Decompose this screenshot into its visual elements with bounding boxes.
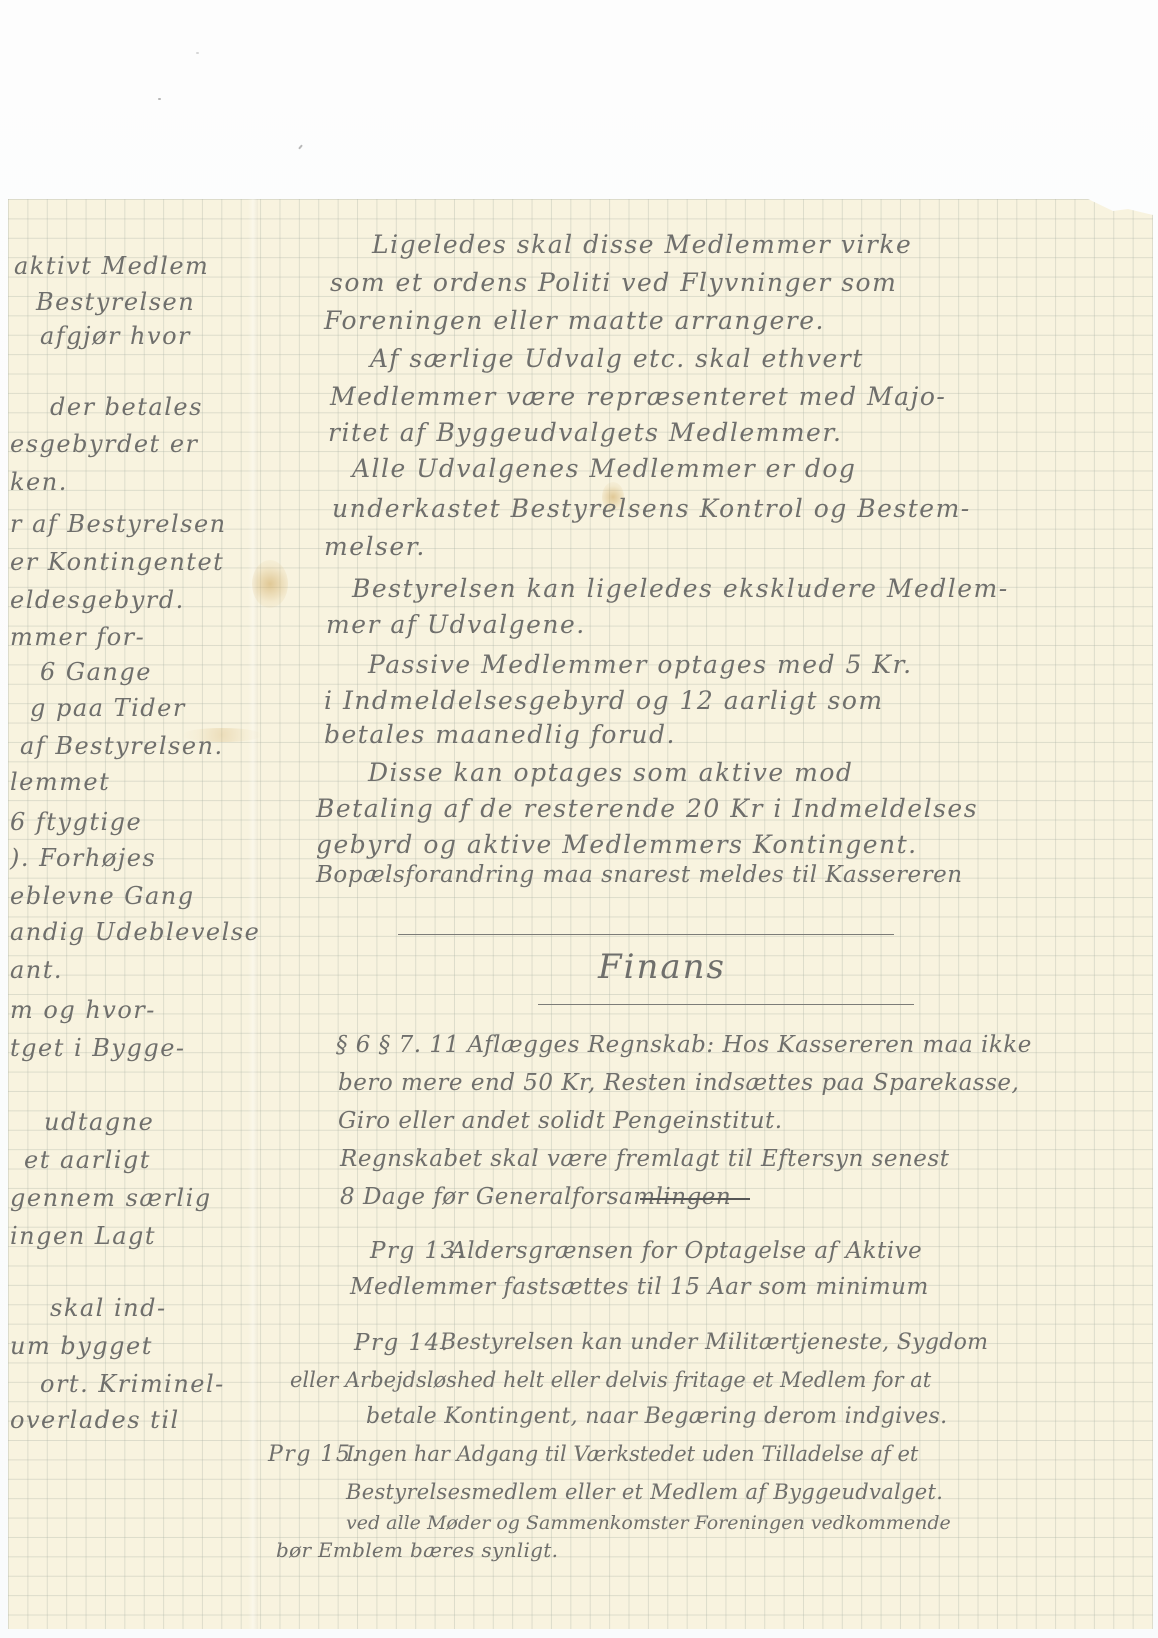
main-line: Betaling af de resterende 20 Kr i Indmel…	[316, 796, 978, 821]
paragraph-14-line: Bestyrelsen kan under Militærtjeneste, S…	[440, 1332, 988, 1354]
left-fragment: ken.	[10, 470, 68, 494]
section-divider	[398, 934, 894, 935]
paragraph-15-line: ved alle Møder og Sammenkomster Forening…	[346, 1514, 951, 1533]
paragraph-14-line: betale Kontingent, naar Begæring derom i…	[366, 1406, 947, 1428]
page-fold-crease	[248, 199, 258, 1629]
main-line: som et ordens Politi ved Flyvninger som	[330, 270, 897, 295]
paragraph-15-line: Bestyrelsesmedlem eller et Medlem af Byg…	[346, 1482, 943, 1503]
left-fragment: udtagne	[44, 1110, 154, 1134]
left-fragment: der betales	[50, 395, 203, 419]
section-title: Finans	[598, 950, 726, 984]
paragraph-13-line: Aldersgrænsen for Optagelse af Aktive	[450, 1240, 922, 1263]
left-fragment: tget i Bygge-	[10, 1036, 186, 1060]
left-fragment: esgebyrdet er	[10, 432, 199, 456]
main-line: Bestyrelsen kan ligeledes ekskludere Med…	[352, 576, 1009, 601]
main-line: Alle Udvalgenes Medlemmer er dog	[352, 456, 856, 481]
left-fragment: ant.	[10, 958, 63, 982]
main-line: gebyrd og aktive Medlemmers Kontingent.	[316, 832, 918, 857]
left-fragment: andig Udeblevelse	[10, 920, 260, 944]
left-fragment: skal ind-	[50, 1296, 167, 1320]
left-fragment: Bestyrelsen	[36, 290, 195, 314]
stain-spot	[252, 560, 288, 608]
left-fragment: ort. Kriminel-	[40, 1372, 225, 1396]
left-fragment: gennem særlig	[10, 1186, 212, 1210]
left-fragment: ). Forhøjes	[10, 846, 156, 870]
main-line: Medlemmer være repræsenteret med Majo-	[330, 384, 946, 409]
left-fragment: um bygget	[10, 1334, 153, 1358]
main-line: betales maanedlig forud.	[324, 722, 676, 747]
left-fragment: g paa Tider	[30, 696, 186, 720]
paragraph-15-line: bør Emblem bæres synligt.	[276, 1540, 558, 1560]
left-fragment: 6 Gange	[40, 660, 152, 684]
left-fragment: aktivt Medlem	[14, 254, 209, 278]
finance-line: Giro eller andet solidt Pengeinstitut.	[338, 1110, 783, 1133]
dust-speck	[196, 52, 199, 54]
main-line: Ligeledes skal disse Medlemmer virke	[372, 232, 912, 257]
main-line: i Indmeldelsesgebyrd og 12 aarligt som	[324, 688, 884, 713]
left-fragment: lemmet	[10, 770, 110, 794]
main-line: underkastet Bestyrelsens Kontrol og Best…	[332, 496, 971, 521]
left-fragment: overlades til	[10, 1408, 180, 1432]
left-fragment: eblevne Gang	[10, 884, 195, 908]
left-fragment: afgjør hvor	[40, 324, 191, 348]
left-fragment: af Bestyrelsen.	[20, 734, 224, 758]
left-fragment: 6 ftygtige	[10, 810, 142, 834]
paragraph-15-line: Ingen har Adgang til Værkstedet uden Til…	[346, 1444, 918, 1465]
finance-line: § 6 § 7. 11 Aflægges Regnskab: Hos Kasse…	[336, 1034, 1032, 1057]
section-divider	[538, 1004, 914, 1005]
paragraph-13-line: Medlemmer fastsættes til 15 Aar som mini…	[350, 1276, 929, 1299]
left-fragment: eldesgebyrd.	[10, 588, 185, 612]
main-line: Disse kan optages som aktive mod	[368, 760, 853, 785]
finance-line: Regnskabet skal være fremlagt til Efters…	[340, 1148, 949, 1171]
left-fragment: er Kontingentet	[10, 550, 224, 574]
paragraph-14-line: eller Arbejdsløshed helt eller delvis fr…	[290, 1370, 931, 1391]
left-fragment: et aarligt	[24, 1148, 151, 1172]
main-line: Bopælsforandring maa snarest meldes til …	[316, 864, 963, 887]
dust-speck	[158, 98, 161, 100]
left-fragment: mmer for-	[10, 625, 145, 649]
finance-line: bero mere end 50 Kr, Resten indsættes pa…	[338, 1072, 1019, 1095]
main-line: Foreningen eller maatte arrangere.	[324, 308, 825, 333]
left-fragment: m og hvor-	[10, 998, 156, 1022]
underline-stroke	[640, 1198, 750, 1200]
left-fragment: r af Bestyrelsen	[10, 512, 227, 536]
main-line: ritet af Byggeudvalgets Medlemmer.	[328, 420, 842, 445]
main-line: melser.	[324, 534, 426, 559]
paragraph-14-label: Prg 14.	[354, 1332, 450, 1355]
main-line: Passive Medlemmer optages med 5 Kr.	[368, 652, 913, 677]
left-fragment: ingen Lagt	[10, 1224, 156, 1248]
main-line: Af særlige Udvalg etc. skal ethvert	[370, 346, 864, 371]
main-line: mer af Udvalgene.	[326, 612, 586, 637]
